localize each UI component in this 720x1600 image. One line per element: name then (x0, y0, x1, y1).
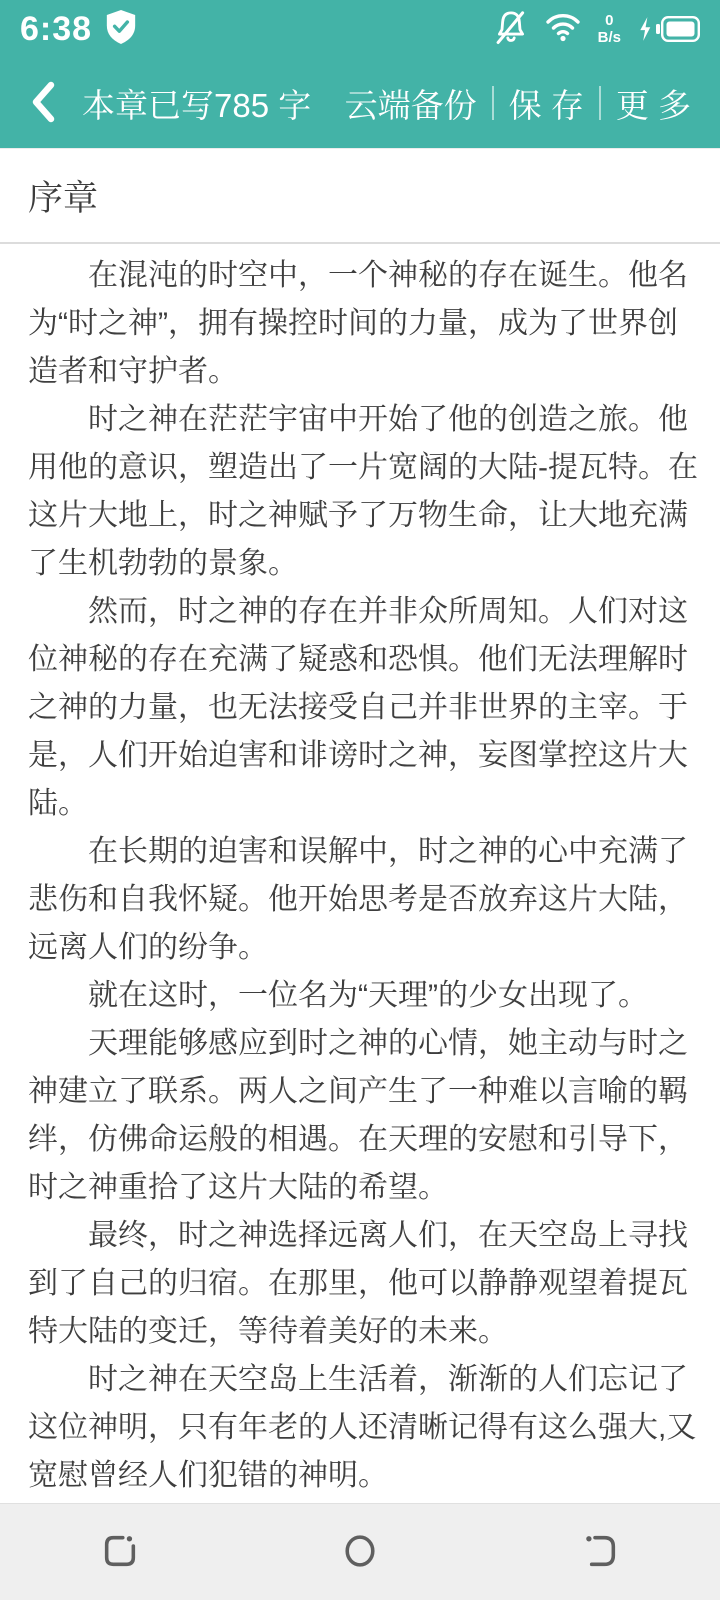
paragraph[interactable]: 在混沌的时空中，一个神秘的存在诞生。他名为“时之神”，拥有操控时间的力量，成为了… (28, 252, 700, 396)
paragraph[interactable]: 就在这时，一位名为“天理”的少女出现了。 (28, 972, 700, 1020)
back-nav-button[interactable] (480, 1531, 720, 1574)
back-icon (580, 1531, 620, 1574)
status-bar-left: 6:38 (20, 8, 138, 51)
status-bar-right: 0 B/s (494, 9, 700, 50)
chapter-body-editor[interactable]: 在混沌的时空中，一个神秘的存在诞生。他名为“时之神”，拥有操控时间的力量，成为了… (0, 244, 720, 1500)
paragraph[interactable]: 时之神在天空岛上生活着，渐渐的人们忘记了这位神明，只有年老的人还清晰记得有这么强… (28, 1356, 700, 1500)
paragraph[interactable]: 天理能够感应到时之神的心情，她主动与时之神建立了联系。两人之间产生了一种难以言喻… (28, 1020, 700, 1212)
navigation-bar (0, 1503, 720, 1600)
home-button[interactable] (240, 1531, 480, 1574)
save-button[interactable]: 保 存 (494, 80, 599, 127)
network-speed-value: 0 (605, 12, 613, 29)
network-speed-unit: B/s (598, 29, 621, 46)
wifi-icon (544, 12, 582, 47)
word-count-title: 本章已写785 字 (82, 80, 330, 127)
cloud-backup-button[interactable]: 云端备份 (330, 80, 492, 127)
app-bar-actions: 云端备份 保 存 更 多 (330, 80, 706, 127)
paragraph[interactable]: 时之神在茫茫宇宙中开始了他的创造之旅。他用他的意识，塑造出了一片宽阔的大陆-提瓦… (28, 396, 700, 588)
verified-shield-icon (104, 8, 138, 51)
battery-icon (656, 16, 700, 42)
app-bar: 本章已写785 字 云端备份 保 存 更 多 (0, 58, 720, 148)
paragraph[interactable]: 然而，时之神的存在并非众所周知。人们对这位神秘的存在充满了疑惑和恐惧。他们无法理… (28, 588, 700, 828)
more-button[interactable]: 更 多 (601, 80, 706, 127)
app-screen: 6:38 (0, 0, 720, 1600)
recents-button[interactable] (0, 1531, 240, 1574)
back-button[interactable] (22, 75, 64, 132)
charging-bolt-icon (637, 16, 653, 42)
status-bar: 6:38 (0, 0, 720, 58)
chapter-title-field[interactable]: 序章 (0, 148, 720, 244)
chapter-title-text: 序章 (28, 171, 98, 221)
network-speed-indicator: 0 B/s (598, 12, 621, 46)
back-chevron-icon (30, 81, 56, 126)
home-icon (340, 1531, 380, 1574)
paragraph[interactable]: 在长期的迫害和误解中，时之神的心中充满了悲伤和自我怀疑。他开始思考是否放弃这片大… (28, 828, 700, 972)
paragraph[interactable]: 最终，时之神选择远离人们，在天空岛上寻找到了自己的归宿。在那里，他可以静静观望着… (28, 1212, 700, 1356)
battery-charging-icon (637, 16, 700, 42)
notifications-muted-icon (494, 9, 528, 50)
recents-icon (100, 1531, 140, 1574)
clock-text: 6:38 (20, 10, 92, 49)
